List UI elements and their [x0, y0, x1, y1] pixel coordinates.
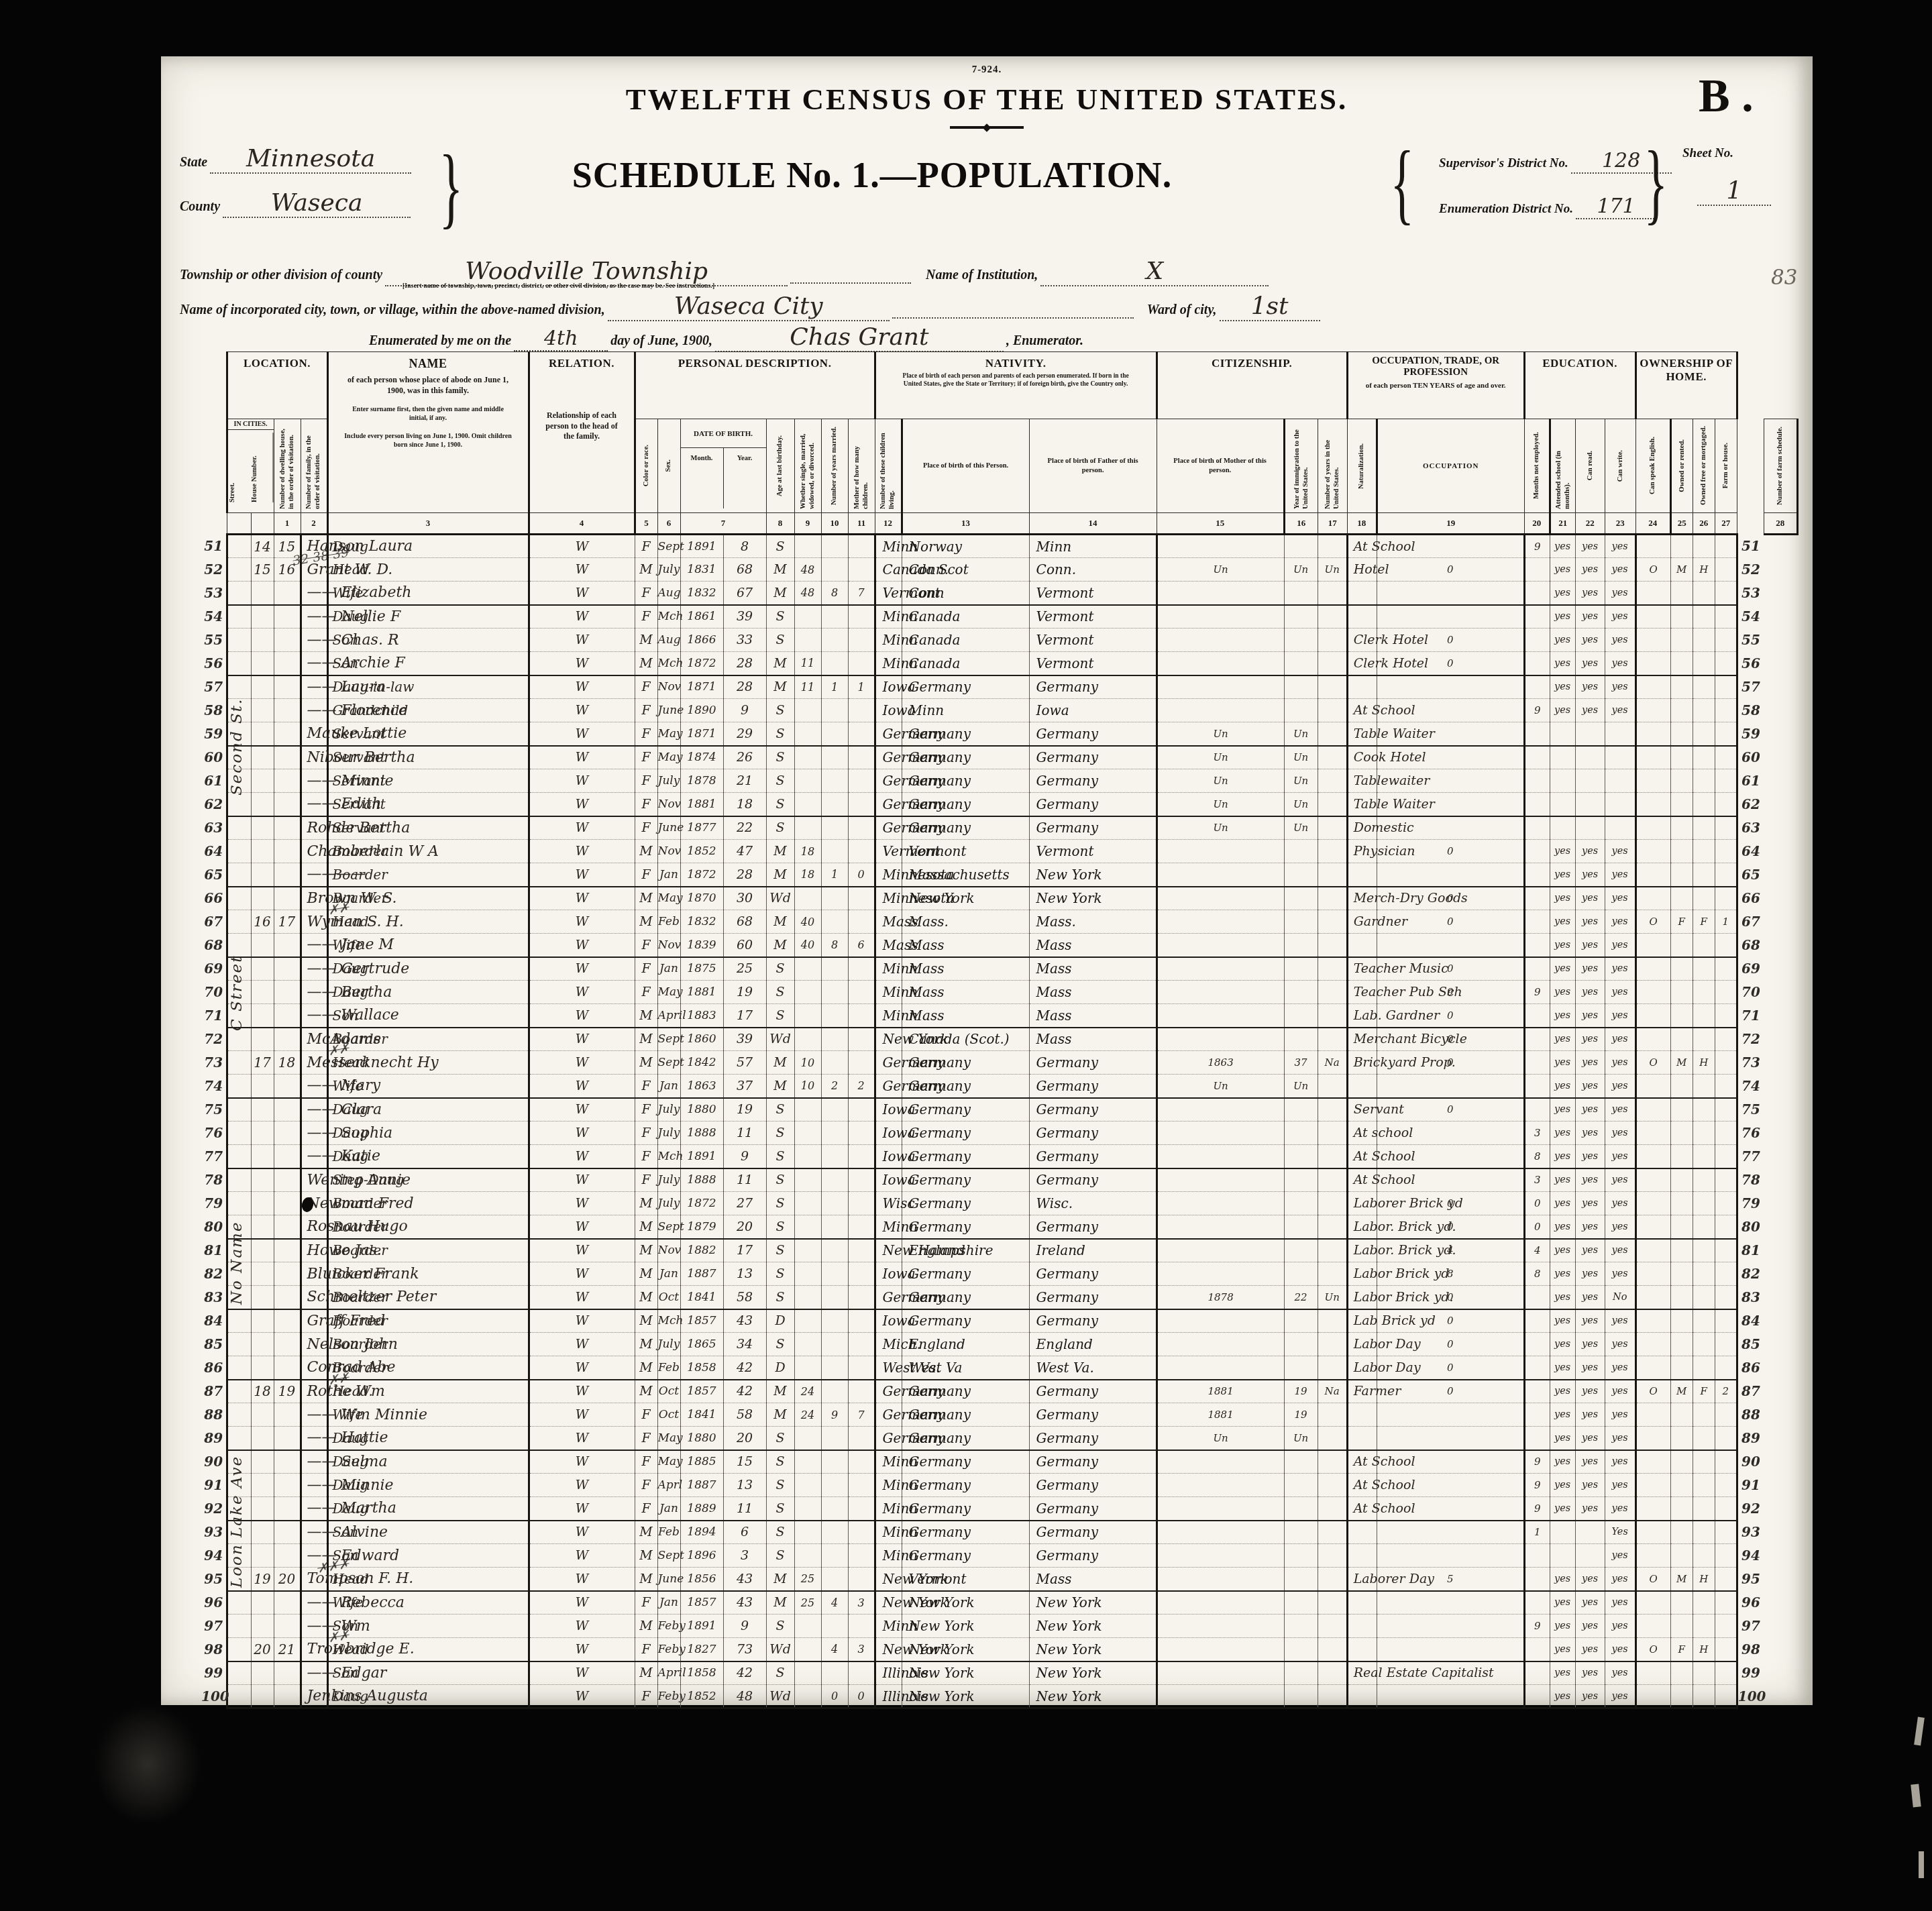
children-living	[848, 1286, 875, 1309]
farm-or-house: F	[1693, 910, 1715, 934]
dwelling-number	[251, 1497, 274, 1521]
row-number-right: 92	[1737, 1497, 1764, 1521]
farm-schedule-number	[1715, 1215, 1737, 1239]
marital-status: M	[766, 1380, 794, 1403]
place-of-birth: Vermont	[875, 840, 902, 863]
marital-status: S	[766, 1474, 794, 1497]
color-race: W	[529, 1309, 635, 1333]
name-cell: ————	[301, 863, 327, 887]
free-or-mortgaged	[1670, 1356, 1693, 1380]
father-birthplace: Germany	[902, 1262, 1029, 1286]
color-race: W	[529, 1075, 635, 1098]
family-number	[274, 582, 301, 605]
father-birthplace: Germany	[902, 1497, 1029, 1521]
mother-birthplace: Mass	[1029, 1028, 1157, 1051]
birth-year: 1852	[680, 840, 723, 863]
can-speak-english: yes	[1605, 1051, 1635, 1075]
birth-year: 1880	[680, 1098, 723, 1122]
can-speak-english: yes	[1605, 1262, 1635, 1286]
farm-schedule-number	[1715, 1661, 1737, 1685]
birth-year: 1857	[680, 1591, 723, 1615]
months-not-employed	[1377, 605, 1524, 629]
marital-status: M	[766, 840, 794, 863]
marital-status: S	[766, 957, 794, 981]
occupation-cell: Teacher Pub Sch	[1347, 981, 1377, 1004]
dwelling-number	[251, 1239, 274, 1262]
name-title: NAME	[329, 352, 528, 371]
farm-schedule-number	[1715, 1474, 1737, 1497]
row-number-right: 62	[1737, 793, 1764, 816]
occupation-cell: Hotel	[1347, 558, 1377, 582]
farm-or-house	[1693, 1356, 1715, 1380]
name-cell: —— Minnie	[301, 1474, 327, 1497]
farm-schedule-number	[1715, 769, 1737, 793]
row-number-right: 65	[1737, 863, 1764, 887]
dwelling-number	[251, 1544, 274, 1568]
years-in-us: Un	[1284, 1427, 1318, 1450]
birth-month: Mch	[657, 605, 680, 629]
mother-of-children	[821, 1262, 848, 1286]
marital-status: S	[766, 1098, 794, 1122]
can-speak-english: yes	[1605, 629, 1635, 652]
attended-school: 9	[1524, 535, 1550, 558]
can-speak-english: yes	[1605, 582, 1635, 605]
can-read: yes	[1550, 1168, 1575, 1192]
mother-of-children	[821, 957, 848, 981]
census-table: LOCATION. NAME of each person whose plac…	[201, 351, 1799, 1709]
birth-month: April	[657, 1661, 680, 1685]
free-or-mortgaged	[1670, 769, 1693, 793]
dwelling-number	[251, 1262, 274, 1286]
dwelling-number	[251, 957, 274, 981]
years-in-us	[1284, 1262, 1318, 1286]
attended-school	[1524, 1661, 1550, 1685]
free-or-mortgaged	[1670, 675, 1693, 699]
mother-of-children	[821, 1568, 848, 1591]
color-race: W	[529, 840, 635, 863]
family-number	[274, 1544, 301, 1568]
mother-birthplace: England	[1029, 1333, 1157, 1356]
free-or-mortgaged	[1670, 1215, 1693, 1239]
page-title: TWELFTH CENSUS OF THE UNITED STATES.	[161, 82, 1813, 117]
can-write: yes	[1575, 1309, 1605, 1333]
farm-schedule-number	[1715, 1427, 1737, 1450]
row-number-left: 62	[201, 793, 227, 816]
column-number: 6	[657, 513, 680, 535]
col-years-us-header: Number of years in the United States.	[1318, 419, 1347, 513]
free-or-mortgaged	[1670, 1309, 1693, 1333]
occupation-cell: Table Waiter	[1347, 793, 1377, 816]
years-married	[794, 699, 821, 722]
row-number-left: 100	[201, 1685, 227, 1708]
marital-status: S	[766, 1450, 794, 1474]
age: 42	[723, 1380, 766, 1403]
mother-of-children	[821, 1380, 848, 1403]
months-not-employed	[1377, 582, 1524, 605]
naturalization	[1318, 1685, 1347, 1708]
marital-status: M	[766, 910, 794, 934]
row-number-left: 91	[201, 1474, 227, 1497]
can-speak-english	[1605, 816, 1635, 840]
marital-status: S	[766, 1262, 794, 1286]
can-write: yes	[1575, 840, 1605, 863]
age: 6	[723, 1521, 766, 1544]
birth-month: Jan	[657, 863, 680, 887]
naturalization	[1318, 1403, 1347, 1427]
free-or-mortgaged	[1670, 1591, 1693, 1615]
dwelling-number: 17	[251, 1051, 274, 1075]
farm-schedule-number	[1715, 793, 1737, 816]
place-of-birth: Iowa	[875, 1262, 902, 1286]
table-row: 97—— WmSonWMFeby18919SMinnNew YorkNew Yo…	[201, 1615, 1797, 1638]
free-or-mortgaged	[1670, 1098, 1693, 1122]
place-of-birth: Canada Scot	[875, 558, 902, 582]
years-married: 11	[794, 652, 821, 675]
can-write: yes	[1575, 629, 1605, 652]
naturalization	[1318, 746, 1347, 769]
farm-or-house	[1693, 1474, 1715, 1497]
age: 28	[723, 675, 766, 699]
birth-month: Oct	[657, 1403, 680, 1427]
attended-school	[1524, 1638, 1550, 1661]
color-race: W	[529, 1262, 635, 1286]
column-number: 1	[274, 513, 301, 535]
years-in-us: Un	[1284, 746, 1318, 769]
place-of-birth: Minn.	[875, 605, 902, 629]
occupation-cell: Laborer Day	[1347, 1568, 1377, 1591]
can-read: yes	[1550, 605, 1575, 629]
owned-or-rented	[1635, 1145, 1670, 1168]
place-of-birth: New Hampshire	[875, 1239, 902, 1262]
marital-status: S	[766, 605, 794, 629]
mother-birthplace: Germany	[1029, 1521, 1157, 1544]
row-number-left: 81	[201, 1239, 227, 1262]
marital-status: S	[766, 1497, 794, 1521]
owned-or-rented	[1635, 722, 1670, 746]
naturalization	[1318, 1215, 1347, 1239]
row-number-right: 60	[1737, 746, 1764, 769]
father-birthplace: Conn	[902, 582, 1029, 605]
farm-schedule-number	[1715, 1521, 1737, 1544]
enumerated-day: 4th	[514, 327, 608, 351]
table-row: 62—— EdithServantWFNov188118SGermanyGerm…	[201, 793, 1797, 816]
occupation-cell: At School	[1347, 1168, 1377, 1192]
row-number-left: 64	[201, 840, 227, 863]
name-cell: Tompson F. H.✗✗✗	[301, 1568, 327, 1591]
age: 9	[723, 1145, 766, 1168]
years-in-us	[1284, 1497, 1318, 1521]
immigration-year	[1157, 1521, 1284, 1544]
township-note: [Insert name of township, town, precinct…	[402, 283, 714, 290]
can-speak-english: yes	[1605, 887, 1635, 910]
years-in-us	[1284, 863, 1318, 887]
family-number	[274, 1098, 301, 1122]
color-race: W	[529, 1661, 635, 1685]
enumerator-name: Chas Grant	[715, 323, 1004, 352]
name-cell: Grant W. D.32 38 39	[301, 558, 327, 582]
years-in-us: Un	[1284, 769, 1318, 793]
dwelling-number	[251, 582, 274, 605]
children-living	[848, 629, 875, 652]
sex: M	[635, 1286, 657, 1309]
occupation-cell	[1347, 1591, 1377, 1615]
place-of-birth: Germany	[875, 1286, 902, 1309]
age: 27	[723, 1192, 766, 1215]
col-pob-header: Place of birth of this Person.	[902, 419, 1029, 513]
can-read: yes	[1550, 910, 1575, 934]
owned-or-rented	[1635, 1028, 1670, 1051]
state-county-brace: }	[439, 135, 464, 239]
state-value: Minnesota	[210, 145, 411, 174]
attended-school	[1524, 957, 1550, 981]
place-of-birth: Minn	[875, 1544, 902, 1568]
owned-or-rented	[1635, 629, 1670, 652]
col-relation-header: RELATION. Relationship of each person to…	[529, 352, 635, 513]
table-row: 89—— HattieDaugWFMay188020SGermanyGerman…	[201, 1427, 1797, 1450]
immigration-year	[1157, 863, 1284, 887]
birth-month: Nov	[657, 675, 680, 699]
county-value: Waseca	[223, 189, 411, 218]
can-read: yes	[1550, 1380, 1575, 1403]
immigration-year	[1157, 605, 1284, 629]
birth-month: May	[657, 1450, 680, 1474]
mother-of-children	[821, 629, 848, 652]
years-married	[794, 1450, 821, 1474]
attended-school	[1524, 605, 1550, 629]
immigration-year	[1157, 910, 1284, 934]
farm-schedule-number	[1715, 1356, 1737, 1380]
years-in-us: Un	[1284, 722, 1318, 746]
free-or-mortgaged	[1670, 1403, 1693, 1427]
col-sex-header: Sex.	[657, 419, 680, 513]
owned-or-rented	[1635, 1122, 1670, 1145]
can-speak-english	[1605, 746, 1635, 769]
birth-year: 1866	[680, 629, 723, 652]
relation-title: RELATION.	[530, 352, 634, 370]
farm-schedule-number	[1715, 605, 1737, 629]
sex: F	[635, 746, 657, 769]
children-living: 1	[848, 675, 875, 699]
years-in-us	[1284, 605, 1318, 629]
owned-or-rented	[1635, 1192, 1670, 1215]
can-read: yes	[1550, 1122, 1575, 1145]
family-number	[274, 675, 301, 699]
father-birthplace: Vermont	[902, 1568, 1029, 1591]
children-living	[848, 1380, 875, 1403]
children-living	[848, 1661, 875, 1685]
immigration-year	[1157, 652, 1284, 675]
table-row: 91—— MinnieDaugWFAprl188713SMinnGermanyG…	[201, 1474, 1797, 1497]
can-write: yes	[1575, 1661, 1605, 1685]
naturalization	[1318, 769, 1347, 793]
mother-of-children	[821, 1122, 848, 1145]
years-married	[794, 1638, 821, 1661]
mother-of-children	[821, 1168, 848, 1192]
marital-status: M	[766, 1051, 794, 1075]
years-married	[794, 1615, 821, 1638]
table-row: 80Rosnau HugoBoarderWMSept187920SMinnGer…	[201, 1215, 1797, 1239]
mother-birthplace: Germany	[1029, 816, 1157, 840]
farm-or-house	[1693, 1286, 1715, 1309]
birth-month: Aprl	[657, 1474, 680, 1497]
can-speak-english: yes	[1605, 1497, 1635, 1521]
mother-birthplace: Germany	[1029, 1051, 1157, 1075]
mother-of-children	[821, 722, 848, 746]
farm-or-house	[1693, 840, 1715, 863]
farm-or-house	[1693, 793, 1715, 816]
can-write: yes	[1575, 981, 1605, 1004]
naturalization	[1318, 1568, 1347, 1591]
farm-or-house	[1693, 1615, 1715, 1638]
marital-status: S	[766, 1145, 794, 1168]
group-personal-description: PERSONAL DESCRIPTION.	[635, 352, 875, 419]
place-of-birth: Wisc	[875, 1192, 902, 1215]
mother-of-children	[821, 981, 848, 1004]
marital-status: Wd	[766, 1685, 794, 1708]
father-birthplace: Germany	[902, 1122, 1029, 1145]
children-living: 0	[848, 863, 875, 887]
occupation-cell: Labor Brick yd.	[1347, 1286, 1377, 1309]
years-married	[794, 1356, 821, 1380]
birth-month: Nov	[657, 934, 680, 957]
sex: F	[635, 1145, 657, 1168]
row-number-right: 73	[1737, 1051, 1764, 1075]
can-read: yes	[1550, 582, 1575, 605]
mother-of-children	[821, 1215, 848, 1239]
mother-of-children	[821, 1192, 848, 1215]
farm-or-house	[1693, 652, 1715, 675]
birth-month: Nov	[657, 793, 680, 816]
immigration-year	[1157, 1568, 1284, 1591]
can-write: yes	[1575, 910, 1605, 934]
free-or-mortgaged	[1670, 582, 1693, 605]
years-married	[794, 535, 821, 558]
place-of-birth: Iowa	[875, 1145, 902, 1168]
naturalization	[1318, 699, 1347, 722]
birth-month: May	[657, 1427, 680, 1450]
attended-school	[1524, 1028, 1550, 1051]
months-not-employed	[1377, 1427, 1524, 1450]
years-in-us: 19	[1284, 1380, 1318, 1403]
col-house-label: House Number.	[250, 433, 274, 502]
col-english-header: Can speak English.	[1635, 419, 1670, 513]
family-number	[274, 863, 301, 887]
naturalization	[1318, 1309, 1347, 1333]
naturalization	[1318, 1333, 1347, 1356]
attended-school: 0	[1524, 1215, 1550, 1239]
census-table-wrap: LOCATION. NAME of each person whose plac…	[201, 351, 1799, 1709]
owned-or-rented: O	[1635, 1638, 1670, 1661]
farm-or-house	[1693, 1521, 1715, 1544]
color-race: W	[529, 1192, 635, 1215]
years-in-us: Un	[1284, 558, 1318, 582]
marital-status: S	[766, 1122, 794, 1145]
enumerated-label-3: , Enumerator.	[1006, 333, 1083, 348]
family-number	[274, 793, 301, 816]
birth-month: Mch	[657, 652, 680, 675]
can-speak-english: No	[1605, 1286, 1635, 1309]
attended-school: 9	[1524, 699, 1550, 722]
can-write	[1575, 816, 1605, 840]
can-read: yes	[1550, 934, 1575, 957]
immigration-year: Un	[1157, 558, 1284, 582]
mother-of-children	[821, 1004, 848, 1028]
birth-year: 1874	[680, 746, 723, 769]
free-or-mortgaged	[1670, 629, 1693, 652]
occupation-cell: Merchant Bicycle	[1347, 1028, 1377, 1051]
attended-school	[1524, 1333, 1550, 1356]
place-of-birth: Minn	[875, 981, 902, 1004]
table-row: 72McAdamsBoarderWMSept186039WdNew YorkCa…	[201, 1028, 1797, 1051]
col-children-living-header: Number of these children living.	[875, 419, 902, 513]
children-living: 3	[848, 1591, 875, 1615]
table-row: 511415Hanson LauraDaugWFSept18918SMinnNo…	[201, 535, 1797, 558]
ward-value: 1st	[1220, 292, 1320, 321]
table-row: 54—— Nellie FDaugWFMch186139SMinn.Canada…	[201, 605, 1797, 629]
dwelling-number	[251, 1122, 274, 1145]
farm-or-house	[1693, 887, 1715, 910]
column-number: 7	[680, 513, 766, 535]
sex: M	[635, 1309, 657, 1333]
place-of-birth: Minn	[875, 1004, 902, 1028]
mother-of-children	[821, 1615, 848, 1638]
dwelling-number: 15	[251, 558, 274, 582]
marital-status: S	[766, 1661, 794, 1685]
birth-year: 1841	[680, 1403, 723, 1427]
farm-or-house	[1693, 699, 1715, 722]
naturalization	[1318, 816, 1347, 840]
naturalization	[1318, 1122, 1347, 1145]
immigration-year	[1157, 1497, 1284, 1521]
can-write: yes	[1575, 582, 1605, 605]
column-number: 9	[794, 513, 821, 535]
years-married	[794, 1544, 821, 1568]
can-speak-english: yes	[1605, 1591, 1635, 1615]
farm-schedule-number	[1715, 1168, 1737, 1192]
immigration-year	[1157, 1638, 1284, 1661]
mother-of-children	[821, 558, 848, 582]
attended-school	[1524, 1544, 1550, 1568]
immigration-year	[1157, 1028, 1284, 1051]
birth-month: May	[657, 887, 680, 910]
children-living	[848, 1192, 875, 1215]
row-number-right: 87	[1737, 1380, 1764, 1403]
family-number	[274, 629, 301, 652]
family-number	[274, 1450, 301, 1474]
can-read: yes	[1550, 981, 1575, 1004]
naturalization	[1318, 1168, 1347, 1192]
free-or-mortgaged	[1670, 1192, 1693, 1215]
mother-birthplace: Iowa	[1029, 699, 1157, 722]
mother-of-children	[821, 1497, 848, 1521]
immigration-year	[1157, 1122, 1284, 1145]
family-number	[274, 840, 301, 863]
children-living	[848, 1474, 875, 1497]
can-write: yes	[1575, 1568, 1605, 1591]
years-married	[794, 605, 821, 629]
farm-schedule-number	[1715, 746, 1737, 769]
color-race: W	[529, 1544, 635, 1568]
years-married: 48	[794, 558, 821, 582]
row-number-right: 78	[1737, 1168, 1764, 1192]
can-write: yes	[1575, 863, 1605, 887]
mother-of-children: 8	[821, 582, 848, 605]
years-in-us	[1284, 1004, 1318, 1028]
table-row: 951920Tompson F. H.✗✗✗HeadWMJune185643M2…	[201, 1568, 1797, 1591]
sex: M	[635, 840, 657, 863]
owned-or-rented	[1635, 582, 1670, 605]
col-dob-header: DATE OF BIRTH. Month. Year.	[680, 419, 766, 513]
